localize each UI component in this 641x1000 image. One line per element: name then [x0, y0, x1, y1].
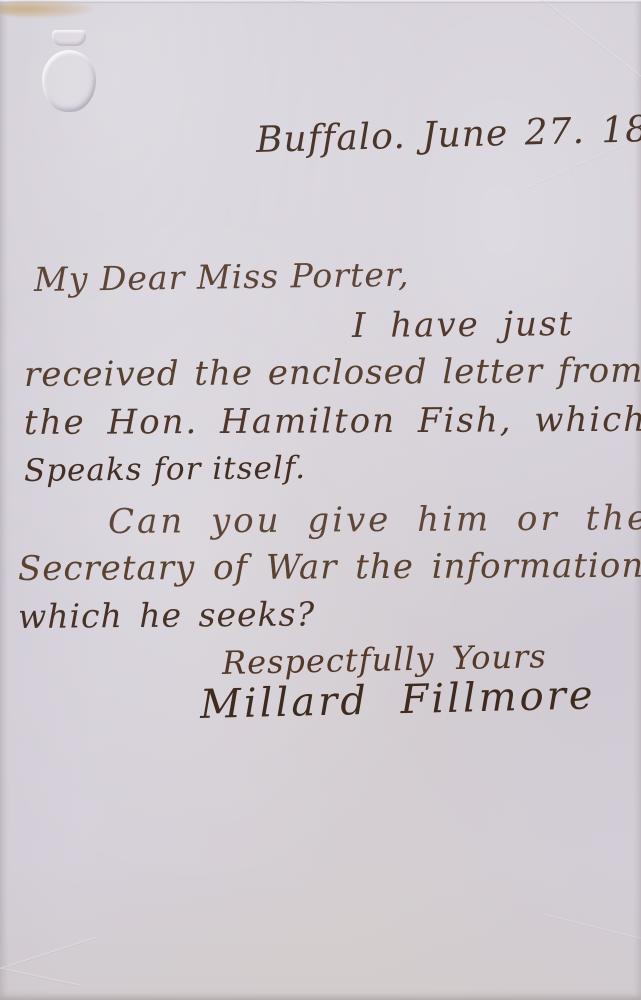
paper-crease: [496, 0, 641, 119]
body-line-3: the Hon. Hamilton Fish, which: [24, 400, 641, 443]
body-line-4: Speaks for itself.: [24, 450, 306, 489]
horizontal-fold-line: [0, 0, 641, 3]
signature-millard-fillmore: Millard Fillmore: [199, 672, 596, 728]
salutation: My Dear Miss Porter,: [34, 255, 410, 299]
dateline: Buffalo. June 27. 1873.: [255, 107, 641, 161]
paper-crease: [181, 0, 340, 7]
embossed-crest-stamp: [34, 22, 104, 122]
paper-crease: [0, 966, 79, 987]
body-line-1: I have just: [352, 304, 574, 346]
horizontal-fold-line: [0, 0, 641, 3]
crest-crown-icon: [52, 30, 86, 46]
body-line-6: Secretary of War the information: [18, 546, 641, 589]
body-line-5: Can you give him or the: [108, 498, 641, 542]
scanned-letter: Buffalo. June 27. 1873. My Dear Miss Por…: [0, 0, 641, 1000]
paper-crease: [0, 937, 97, 976]
fold-stain: [0, 0, 94, 18]
body-line-2: received the enclosed letter from: [24, 351, 641, 395]
crest-shield-icon: [42, 50, 96, 112]
letter-sheet: Buffalo. June 27. 1873. My Dear Miss Por…: [0, 0, 641, 1000]
paper-crease: [542, 913, 641, 949]
body-line-7: which he seeks?: [18, 594, 316, 636]
